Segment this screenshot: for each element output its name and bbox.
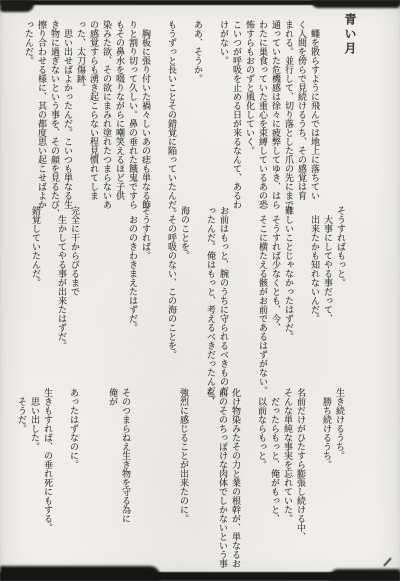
page-title: 青い月 <box>342 13 359 57</box>
scan-smudge-bottom-left <box>0 566 160 581</box>
text-line: 以前ならもっと。 <box>254 388 267 576</box>
text-line: あったはずなのに。 <box>66 388 79 576</box>
text-line: く人間を傍らで見続けるうち、その感覚は育 <box>294 20 307 220</box>
text-line: まれる。並行して、切り落とした爪の先にまで <box>281 20 294 220</box>
text-band-bottom: 生き続けるうち。勝ち続けるうち。名前だけがひたすら膨張し続ける中、そんな単純な事… <box>14 388 345 576</box>
text-line: そうだ。 <box>14 388 27 576</box>
text-line: 胸板に張り付いた禍々しいあの痣も単なる飾 <box>138 20 151 220</box>
text-line: もその鼻水を啜りながらに嘲笑えるほど子供 <box>112 20 125 220</box>
text-line: そんな単純な事実を忘れていた。 <box>280 388 293 576</box>
text-line: だったらもっと、俺がもっと、 <box>267 388 280 576</box>
text-line: 強烈に感じることが出来たのに。 <box>176 388 189 576</box>
text-line: 染みた欲、その欲にまみれ塗れたつまらないあ <box>99 20 112 220</box>
text-line: 俺が <box>105 388 118 576</box>
scan-smudge-top-right <box>312 0 400 8</box>
text-line: の感覚すらも湧き起こらない程見慣れてしま <box>86 20 99 220</box>
text-line: そのつまらねえ生き物を守る為に <box>118 388 131 576</box>
text-line: き物に過ぎないという事を、その顔を見るたび、 <box>47 20 60 220</box>
text-line: 生きもすれば、の垂れ死にもする。 <box>40 388 53 576</box>
text-line: 勝ち続けるうち。 <box>319 388 332 576</box>
text-line: 思い出せばよかったんだ。こいつも単なる生 <box>60 20 73 220</box>
text-line: 通っていた危機感は徐々に疲弊してゆき、はら <box>268 20 281 220</box>
text-line: 化け物染みたその力と業の根幹が、単なるお <box>228 388 241 576</box>
scanned-document-page: 青い月 蠅を散らすように飛んでは地上に落ちていく人間を傍らで見続けるうち、その感… <box>0 0 400 581</box>
text-line: った、太刀傷跡。 <box>73 20 86 220</box>
text-line: けがない。 <box>216 20 229 220</box>
text-line: もうずっと長いことその錯覚に陥っていたんだ。 <box>164 20 177 220</box>
text-line: りと割り切って久しい。鼻の垂れた餓鬼ですら <box>125 20 138 220</box>
text-line: 擦り合わせる様に、其の都度思い起こせばよか <box>34 20 47 220</box>
text-line: を、 <box>202 388 215 576</box>
text-line: こいつが呼吸を止める日が来るなんて、あるわ <box>229 20 242 220</box>
text-line: 蠅を散らすように飛んでは地上に落ちてい <box>307 20 320 220</box>
text-line: 怖すらもおのずと風化していく。 <box>242 20 255 220</box>
text-line: 名前だけがひたすら膨張し続ける中、 <box>293 388 306 576</box>
text-band-top: 蠅を散らすように飛んでは地上に落ちていく人間を傍らで見続けるうち、その感覚は育ま… <box>21 20 320 220</box>
text-line: ああ、そうか。 <box>190 20 203 220</box>
text-line: ったんだ。 <box>21 20 34 220</box>
scan-smudge-top-left <box>0 0 34 12</box>
text-line: 前のそのちっぽけな肉体でしかないという事 <box>215 388 228 576</box>
scan-smudge-bottom-right <box>330 569 400 581</box>
text-line: 生き続けるうち。 <box>332 388 345 576</box>
text-line: わたに巣食っていた重心を束縛しているあの恐 <box>255 20 268 220</box>
page-corner-mark <box>383 557 392 567</box>
text-line: 思い出した。 <box>27 388 40 576</box>
